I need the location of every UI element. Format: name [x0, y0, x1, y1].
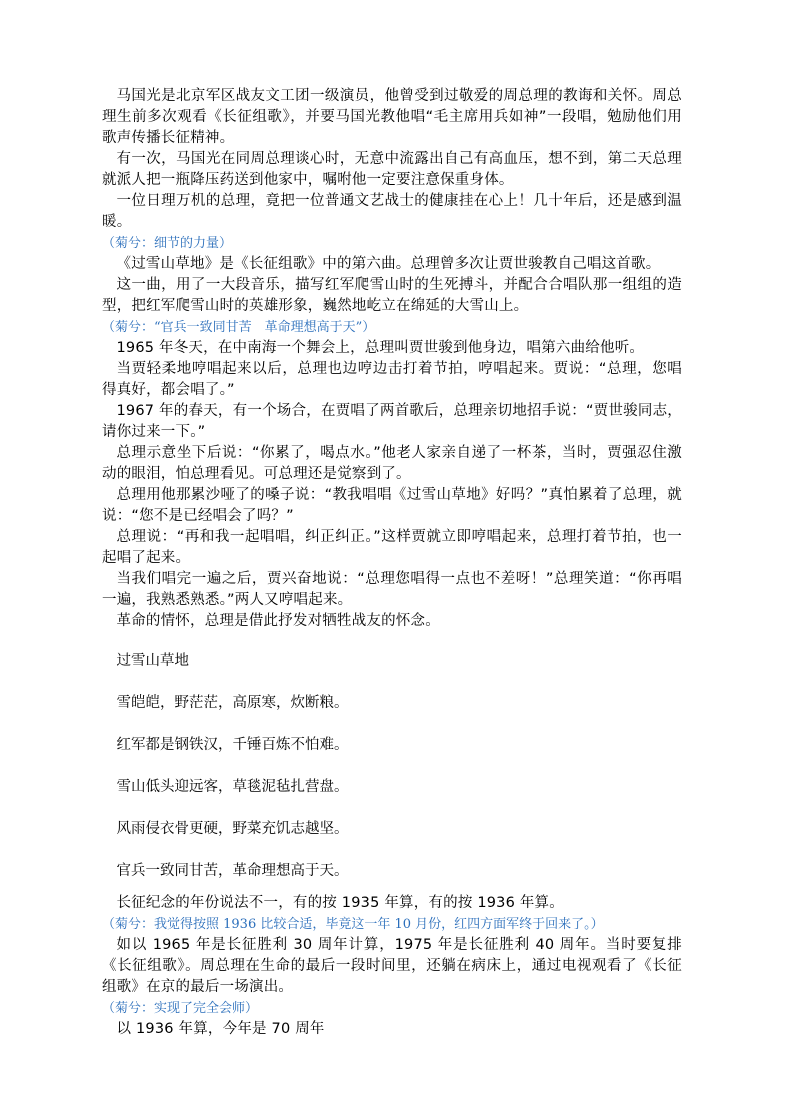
paragraph: 马国光是北京军区战友文工团一级演员，他曾受到过敬爱的周总理的教诲和关怀。周总理生… — [102, 86, 682, 149]
editor-note: （菊兮：我觉得按照 1936 比较合适，毕竟这一年 10 月份，红四方面军终于回… — [102, 914, 682, 935]
paragraph: 如以 1965 年是长征胜利 30 周年计算，1975 年是长征胜利 40 周年… — [102, 935, 682, 998]
paragraph: 革命的情怀，总理是借此抒发对牺牲战友的怀念。 — [102, 611, 682, 632]
poem-line: 风雨侵衣骨更硬，野菜充饥志越坚。 — [102, 819, 682, 840]
paragraph: 当贾轻柔地哼唱起来以后，总理也边哼边击打着节拍，哼唱起来。贾说：“总理，您唱得真… — [102, 359, 682, 401]
poem-line: 雪皑皑，野茫茫，高原寒，炊断粮。 — [102, 693, 682, 714]
poem-line: 雪山低头迎远客，草毯泥毡扎营盘。 — [102, 777, 682, 798]
poem-line: 官兵一致同甘苦，革命理想高于天。 — [102, 861, 682, 882]
paragraph: 1967 年的春天，有一个场合，在贾唱了两首歌后，总理亲切地招手说：“贾世骏同志… — [102, 401, 682, 443]
poem-title: 过雪山草地 — [102, 651, 682, 672]
paragraph: 总理用他那累沙哑了的嗓子说：“教我唱唱《过雪山草地》好吗？”真怕累着了总理，就说… — [102, 485, 682, 527]
paragraph: 总理说：“再和我一起唱唱，纠正纠正。”这样贾就立即哼唱起来，总理打着节拍，也一起… — [102, 527, 682, 569]
paragraph: 有一次，马国光在同周总理谈心时，无意中流露出自己有高血压，想不到，第二天总理就派… — [102, 149, 682, 191]
paragraph: 当我们唱完一遍之后，贾兴奋地说：“总理您唱得一点也不差呀！”总理笑道：“你再唱一… — [102, 569, 682, 611]
paragraph: 这一曲，用了一大段音乐，描写红军爬雪山时的生死搏斗，并配合合唱队那一组组的造型，… — [102, 275, 682, 317]
paragraph: 长征纪念的年份说法不一，有的按 1935 年算，有的按 1936 年算。 — [102, 893, 682, 914]
paragraph: 一位日理万机的总理，竟把一位普通文艺战士的健康挂在心上！几十年后，还是感到温暖。 — [102, 191, 682, 233]
paragraph: 总理示意坐下后说：“你累了，喝点水。”他老人家亲自递了一杯茶，当时，贾强忍住激动… — [102, 443, 682, 485]
paragraph: 《过雪山草地》是《长征组歌》中的第六曲。总理曾多次让贾世骏教自己唱这首歌。 — [102, 254, 682, 275]
paragraph: 1965 年冬天，在中南海一个舞会上，总理叫贾世骏到他身边，唱第六曲给他听。 — [102, 338, 682, 359]
paragraph: 以 1936 年算，今年是 70 周年 — [102, 1019, 682, 1040]
editor-note: （菊兮：“官兵一致同甘苦 革命理想高于天”） — [102, 317, 682, 338]
poem-line: 红军都是钢铁汉，千锤百炼不怕难。 — [102, 735, 682, 756]
document-page: 马国光是北京军区战友文工团一级演员，他曾受到过敬爱的周总理的教诲和关怀。周总理生… — [102, 86, 682, 1040]
editor-note: （菊兮：实现了完全会师） — [102, 998, 682, 1019]
editor-note: （菊兮：细节的力量） — [102, 233, 682, 254]
poem: 过雪山草地 雪皑皑，野茫茫，高原寒，炊断粮。 红军都是钢铁汉，千锤百炼不怕难。 … — [102, 651, 682, 882]
